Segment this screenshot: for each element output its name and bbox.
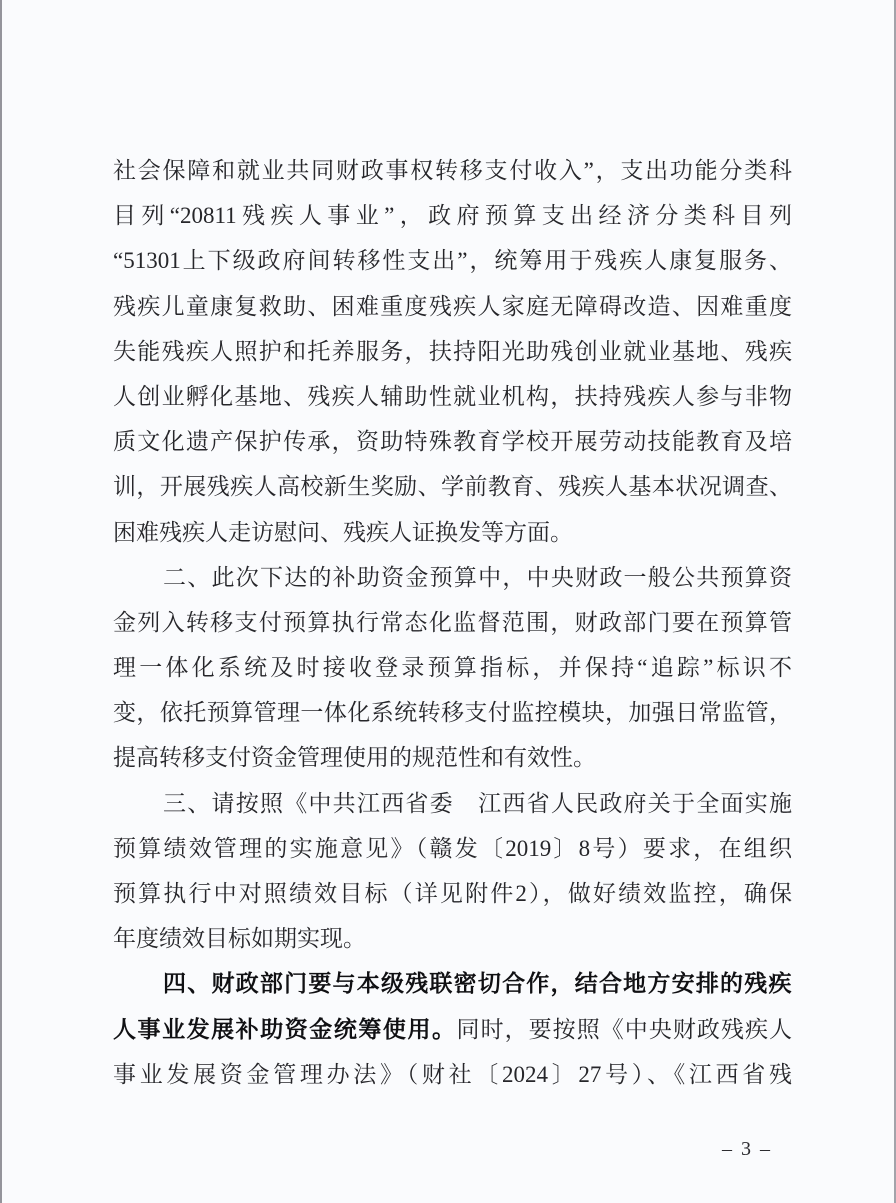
bold-text-segment: 四、财政部门要与本级残联密切合作，结合地方安排的残疾 bbox=[163, 970, 792, 996]
text-segment: 事业发展资金管理办法》（财社〔2024〕27号）、《江西省残 bbox=[113, 1062, 792, 1087]
document-body: 社会保障和就业共同财政事权转移支付收入”，支出功能分类科目列“20811残疾人事… bbox=[113, 148, 792, 1097]
text-segment: “51301上下级政府间转移性支出”，统筹用于残疾人康复服务、 bbox=[113, 248, 792, 273]
text-line: “51301上下级政府间转移性支出”，统筹用于残疾人康复服务、 bbox=[113, 238, 792, 283]
text-line: 质文化遗产保护传承，资助特殊教育学校开展劳动技能教育及培 bbox=[113, 419, 792, 464]
text-line: 失能残疾人照护和托养服务，扶持阳光助残创业就业基地、残疾 bbox=[113, 329, 792, 374]
text-segment: 人创业孵化基地、残疾人辅助性就业机构，扶持残疾人参与非物 bbox=[113, 384, 792, 409]
text-line: 变，依托预算管理一体化系统转移支付监控模块，加强日常监管， bbox=[113, 690, 792, 735]
text-line: 事业发展资金管理办法》（财社〔2024〕27号）、《江西省残 bbox=[113, 1052, 792, 1097]
text-segment: 提高转移支付资金管理使用的规范性和有效性。 bbox=[113, 745, 596, 770]
text-segment: 预算绩效管理的实施意见》（赣发〔2019〕8号）要求，在组织 bbox=[113, 836, 792, 861]
text-segment: 二、此次下达的补助资金预算中，中央财政一般公共预算资 bbox=[163, 565, 792, 590]
text-segment: 同时，要按照《中央财政残疾人 bbox=[457, 1017, 792, 1042]
text-line: 目列“20811残疾人事业”，政府预算支出经济分类科目列 bbox=[113, 193, 792, 238]
document-page: 社会保障和就业共同财政事权转移支付收入”，支出功能分类科目列“20811残疾人事… bbox=[0, 0, 896, 1203]
page-number: – 3 – bbox=[702, 1138, 792, 1161]
text-segment: 预算执行中对照绩效目标（详见附件2），做好绩效监控，确保 bbox=[113, 881, 792, 906]
text-segment: 年度绩效目标如期实现。 bbox=[113, 926, 366, 951]
text-line: 提高转移支付资金管理使用的规范性和有效性。 bbox=[113, 735, 792, 780]
text-line: 理一体化系统及时接收登录预算指标，并保持“追踪”标识不 bbox=[113, 645, 792, 690]
text-line: 残疾儿童康复救助、困难重度残疾人家庭无障碍改造、因难重度 bbox=[113, 284, 792, 329]
text-line: 三、请按照《中共江西省委 江西省人民政府关于全面实施 bbox=[113, 781, 792, 826]
text-segment: 三、请按照《中共江西省委 江西省人民政府关于全面实施 bbox=[163, 791, 792, 816]
text-line: 预算绩效管理的实施意见》（赣发〔2019〕8号）要求，在组织 bbox=[113, 826, 792, 871]
text-segment: 失能残疾人照护和托养服务，扶持阳光助残创业就业基地、残疾 bbox=[113, 339, 792, 364]
text-line: 人事业发展补助资金统筹使用。同时，要按照《中央财政残疾人 bbox=[113, 1007, 792, 1052]
text-segment: 变，依托预算管理一体化系统转移支付监控模块，加强日常监管， bbox=[113, 700, 792, 725]
text-line: 困难残疾人走访慰问、残疾人证换发等方面。 bbox=[113, 510, 792, 555]
bold-text-segment: 人事业发展补助资金统筹使用。 bbox=[113, 1016, 457, 1042]
text-line: 金列入转移支付预算执行常态化监督范围，财政部门要在预算管 bbox=[113, 600, 792, 645]
text-segment: 目列“20811残疾人事业”，政府预算支出经济分类科目列 bbox=[113, 203, 792, 228]
text-line: 二、此次下达的补助资金预算中，中央财政一般公共预算资 bbox=[113, 555, 792, 600]
text-line: 人创业孵化基地、残疾人辅助性就业机构，扶持残疾人参与非物 bbox=[113, 374, 792, 419]
text-line: 预算执行中对照绩效目标（详见附件2），做好绩效监控，确保 bbox=[113, 871, 792, 916]
text-line: 年度绩效目标如期实现。 bbox=[113, 916, 792, 961]
text-segment: 社会保障和就业共同财政事权转移支付收入”，支出功能分类科 bbox=[113, 158, 792, 183]
text-segment: 理一体化系统及时接收登录预算指标，并保持“追踪”标识不 bbox=[113, 655, 792, 680]
text-line: 训，开展残疾人高校新生奖励、学前教育、残疾人基本状况调查、 bbox=[113, 464, 792, 509]
text-segment: 残疾儿童康复救助、困难重度残疾人家庭无障碍改造、因难重度 bbox=[113, 294, 792, 319]
text-segment: 质文化遗产保护传承，资助特殊教育学校开展劳动技能教育及培 bbox=[113, 429, 792, 454]
text-line: 社会保障和就业共同财政事权转移支付收入”，支出功能分类科 bbox=[113, 148, 792, 193]
text-segment: 金列入转移支付预算执行常态化监督范围，财政部门要在预算管 bbox=[113, 610, 792, 635]
text-segment: 训，开展残疾人高校新生奖励、学前教育、残疾人基本状况调查、 bbox=[113, 474, 792, 499]
text-segment: 困难残疾人走访慰问、残疾人证换发等方面。 bbox=[113, 520, 573, 545]
text-line: 四、财政部门要与本级残联密切合作，结合地方安排的残疾 bbox=[113, 961, 792, 1006]
